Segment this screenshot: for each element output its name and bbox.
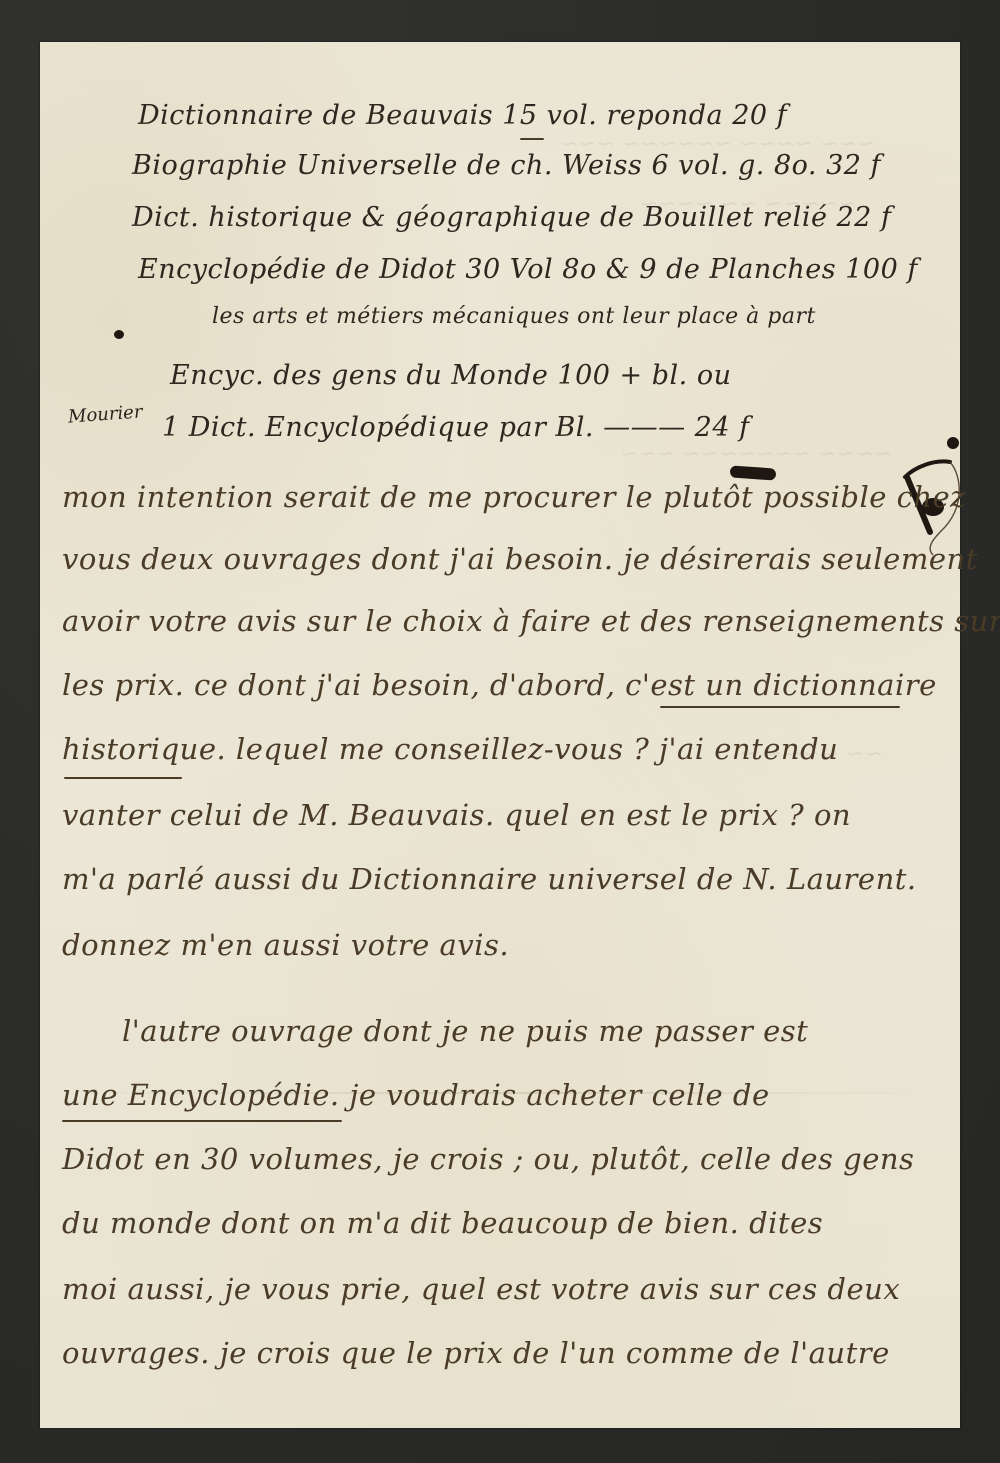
letter-line: du monde dont on m'a dit beaucoup de bie…	[62, 1206, 823, 1240]
margin-note: Mourier	[67, 401, 143, 427]
book-list-item: Dict. historique & géographique de Bouil…	[132, 202, 891, 233]
letter-line: historique. lequel me conseillez-vous ? …	[62, 732, 838, 766]
letter-line: l'autre ouvrage dont je ne puis me passe…	[122, 1014, 808, 1048]
underline-encyclopedie	[62, 1120, 342, 1122]
letter-line: avoir votre avis sur le choix à faire et…	[62, 604, 1000, 638]
book-list-item: Dictionnaire de Beauvais 15 vol. reponda…	[138, 100, 787, 131]
ink-smudge	[730, 465, 777, 480]
book-list-item: Biographie Universelle de ch. Weiss 6 vo…	[132, 150, 881, 181]
letter-line: donnez m'en aussi votre avis.	[62, 928, 509, 962]
letter-line: m'a parlé aussi du Dictionnaire universe…	[62, 862, 917, 896]
letter-line: vanter celui de M. Beauvais. quel en est…	[62, 798, 851, 832]
book-list-note: les arts et métiers mécaniques ont leur …	[212, 304, 816, 329]
show-through-text: ~~~~ ~~~~~~~ ~~~	[620, 442, 892, 467]
letter-line: ouvrages. je crois que le prix de l'un c…	[62, 1336, 890, 1370]
book-list-item: Encyclopédie de Didot 30 Vol 8o & 9 de P…	[138, 254, 918, 285]
book-list-item: 1 Dict. Encyclopédique par Bl. ——— 24 f	[162, 412, 750, 443]
letter-line: mon intention serait de me procurer le p…	[62, 480, 966, 514]
letter-line: moi aussi, je vous prie, quel est votre …	[62, 1272, 900, 1306]
book-list-item: Encyc. des gens du Monde 100 + bl. ou	[170, 360, 732, 391]
letter-line: une Encyclopédie. je voudrais acheter ce…	[62, 1078, 770, 1112]
letter-line: Didot en 30 volumes, je crois ; ou, plut…	[62, 1142, 914, 1176]
letter-line: vous deux ouvrages dont j'ai besoin. je …	[62, 542, 978, 576]
letter-line: les prix. ce dont j'ai besoin, d'abord, …	[62, 668, 937, 702]
underline-un-dictionnaire	[660, 706, 900, 708]
letter-page: ~~~ ~~~~ ~~~~~~ ~~~ ~~~~~ ~~ ~~~~ ~~~~ ~…	[40, 42, 960, 1428]
underline-historique	[64, 777, 182, 779]
ink-spot	[114, 330, 124, 339]
underline-15	[520, 138, 544, 140]
